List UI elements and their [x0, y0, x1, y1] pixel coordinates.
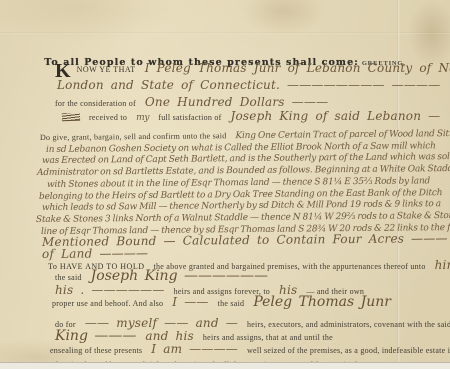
print-text: well seized of the premises, as a good, …	[247, 345, 450, 356]
handwritten-signature: Peleg Thomas Junr	[253, 297, 391, 308]
handwritten-text: Joseph King ——————	[91, 271, 268, 282]
deed-line-17: the said Joseph King ——————	[55, 270, 268, 283]
deed-line-1: KNOW YE THAT I Peleg Thomas Junr of Leba…	[55, 62, 450, 75]
print-text: NOW YE THAT	[77, 64, 136, 75]
handwritten-text: and his	[145, 331, 194, 342]
handwritten-text: I Peleg Thomas Junr of Lebanon County of…	[145, 63, 450, 74]
print-text: ensealing of these presents	[50, 345, 142, 356]
handwritten-text: my	[136, 113, 149, 124]
horizontal-fold-crease	[0, 32, 450, 34]
handwritten-text: King ———	[55, 331, 136, 342]
handwritten-text: I am ————	[151, 344, 238, 355]
deed-line-4: received to my full satisfaction of Jose…	[62, 110, 440, 124]
print-text: heirs, executors, and administrators, co…	[247, 319, 450, 330]
deed-line-22: ensealing of these presents I am ———— we…	[50, 343, 450, 356]
deed-scan: To all People to whom these presents sha…	[0, 0, 450, 369]
handwritten-text: I ——	[172, 297, 208, 308]
handwritten-text: him	[435, 260, 450, 271]
dropcap-k: K	[55, 67, 71, 75]
print-text: the said	[55, 272, 82, 283]
deed-line-2: London and State of Connecticut. ———————…	[57, 79, 440, 91]
handwritten-text: Joseph King of said Lebanon —	[231, 111, 441, 122]
handwritten-text: London and State of Connecticut. ———————…	[57, 80, 440, 91]
print-text: received to	[89, 112, 127, 123]
deed-line-19: proper use and behoof. And also I —— the…	[52, 296, 391, 309]
print-text: proper use and behoof. And also	[52, 298, 163, 309]
print-text: the said	[218, 298, 245, 309]
print-text: full satisfaction of	[158, 112, 221, 123]
handwritten-text: One Hundred Dollars ———	[145, 97, 328, 108]
scan-edge-strip	[0, 362, 450, 369]
handwritten-text: his . ——————	[55, 285, 165, 296]
struck-out-word	[62, 113, 80, 122]
deed-line-3: for the consideration of One Hundred Dol…	[55, 96, 328, 109]
print-text: for the consideration of	[55, 98, 136, 109]
